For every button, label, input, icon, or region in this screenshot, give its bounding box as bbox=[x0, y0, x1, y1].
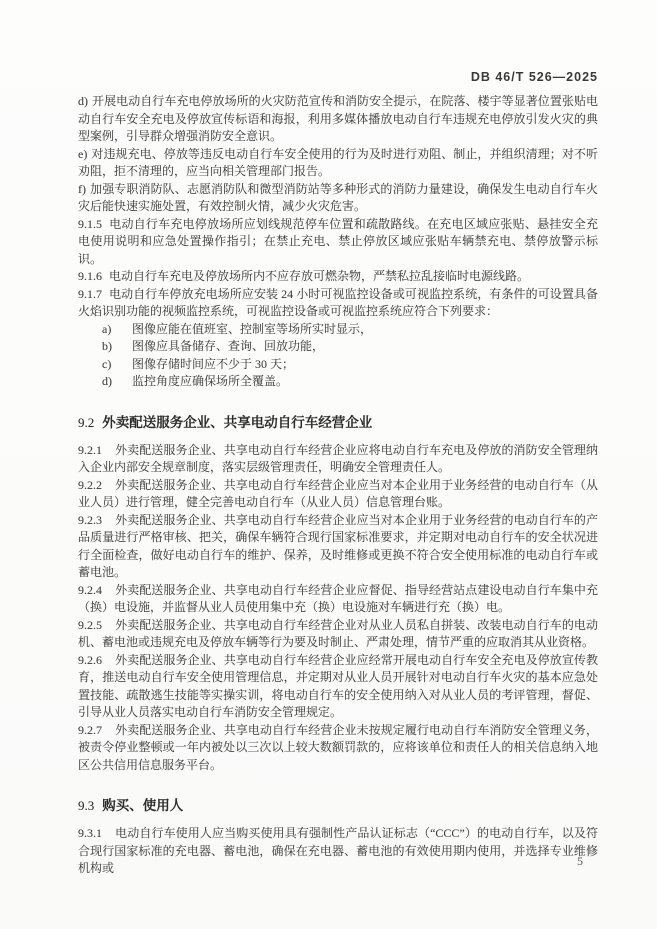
section-number: 9.3 bbox=[78, 798, 94, 813]
lettered-paragraph: e)对违规充电、停放等违反电动自行车安全使用的行为及时进行劝阻、制止，并组织清理… bbox=[78, 146, 598, 181]
clause-paragraph: 9.1.6电动自行车充电及停放场所内不应存放可燃杂物，严禁私拉乱接临时电源线路。 bbox=[78, 268, 598, 286]
list-item: a)图像应能在值班室、控制室等场所实时显示， bbox=[78, 321, 598, 339]
clause-text: 电动自行车充电停放场所应划线规范停车位置和疏散路线。在充电区域应张贴、悬挂安全充… bbox=[78, 217, 598, 266]
section-title: 购买、使用人 bbox=[102, 798, 183, 813]
section-heading-9-3: 9.3购买、使用人 bbox=[78, 796, 598, 816]
clause-number: 9.2.5 bbox=[78, 618, 102, 632]
clause-number: 9.1.7 bbox=[78, 287, 102, 301]
clause-paragraph: 9.2.1外卖配送服务企业、共享电动自行车经营企业应将电动自行车充电及停放的消防… bbox=[78, 442, 598, 477]
standard-number: DB 46/T 526—2025 bbox=[471, 70, 598, 84]
clause-text: 外卖配送服务企业、共享电动自行车经营企业应经常开展电动自行车安全充电及停放宣传教… bbox=[78, 653, 598, 720]
clause-number: 9.1.5 bbox=[78, 217, 102, 231]
list-item-text: 监控角度应确保场所全覆盖。 bbox=[132, 373, 288, 391]
lettered-paragraph: f)加强专职消防队、志愿消防队和微型消防站等多种形式的消防力量建设，确保发生电动… bbox=[78, 181, 598, 216]
document-body: d)开展电动自行车充电停放场所的火灾防范宣传和消防安全提示，在院落、楼宇等显著位… bbox=[78, 93, 598, 878]
document-page: DB 46/T 526—2025 d)开展电动自行车充电停放场所的火灾防范宣传和… bbox=[0, 0, 657, 929]
list-marker: d) bbox=[78, 94, 88, 108]
list-item: c)图像存储时间应不少于 30 天； bbox=[78, 356, 598, 374]
list-item-text: 图像应能在值班室、控制室等场所实时显示， bbox=[132, 321, 372, 339]
clause-paragraph: 9.2.2外卖配送服务企业、共享电动自行车经营企业应当对本企业用于业务经营的电动… bbox=[78, 477, 598, 512]
list-item: b)图像应具备储存、查询、回放功能， bbox=[78, 338, 598, 356]
section-number: 9.2 bbox=[78, 415, 94, 430]
list-marker: e) bbox=[78, 147, 87, 161]
clause-number: 9.3.1 bbox=[78, 826, 102, 840]
lettered-paragraph: d)开展电动自行车充电停放场所的火灾防范宣传和消防安全提示，在院落、楼宇等显著位… bbox=[78, 93, 598, 146]
clause-number: 9.2.7 bbox=[78, 723, 102, 737]
clause-number: 9.2.3 bbox=[78, 513, 102, 527]
list-marker: b) bbox=[102, 338, 132, 356]
clause-number: 9.1.6 bbox=[78, 269, 102, 283]
clause-text: 电动自行车充电及停放场所内不应存放可燃杂物，严禁私拉乱接临时电源线路。 bbox=[109, 269, 529, 283]
section-heading-9-2: 9.2外卖配送服务企业、共享电动自行车经营企业 bbox=[78, 413, 598, 433]
clause-paragraph: 9.2.6外卖配送服务企业、共享电动自行车经营企业应经常开展电动自行车安全充电及… bbox=[78, 652, 598, 722]
clause-text: 电动自行车停放充电场所应安装 24 小时可视监控设备或可视监控系统，有条件的可设… bbox=[78, 287, 598, 319]
clause-text: 外卖配送服务企业、共享电动自行车经营企业应督促、指导经营站点建设电动自行车集中充… bbox=[78, 583, 598, 615]
paragraph-text: 开展电动自行车充电停放场所的火灾防范宣传和消防安全提示，在院落、楼宇等显著位置张… bbox=[78, 94, 598, 143]
clause-paragraph: 9.2.5外卖配送服务企业、共享电动自行车经营企业对从业人员私自拼装、改装电动自… bbox=[78, 617, 598, 652]
clause-paragraph: 9.2.7外卖配送服务企业、共享电动自行车经营企业未按规定履行电动自行车消防安全… bbox=[78, 722, 598, 775]
clause-text: 外卖配送服务企业、共享电动自行车经营企业对从业人员私自拼装、改装电动自行车的电动… bbox=[78, 618, 598, 650]
list-marker: c) bbox=[102, 356, 132, 374]
list-item: d)监控角度应确保场所全覆盖。 bbox=[78, 373, 598, 391]
list-item-text: 图像存储时间应不少于 30 天； bbox=[132, 356, 294, 374]
clause-text: 外卖配送服务企业、共享电动自行车经营企业应将电动自行车充电及停放的消防安全管理纳… bbox=[78, 443, 598, 475]
clause-text: 外卖配送服务企业、共享电动自行车经营企业应当对本企业用于业务经营的电动自行车的产… bbox=[78, 513, 598, 580]
clause-paragraph: 9.1.7电动自行车停放充电场所应安装 24 小时可视监控设备或可视监控系统，有… bbox=[78, 286, 598, 321]
paragraph-text: 加强专职消防队、志愿消防队和微型消防站等多种形式的消防力量建设，确保发生电动自行… bbox=[78, 182, 598, 214]
paragraph-text: 对违规充电、停放等违反电动自行车安全使用的行为及时进行劝阻、制止，并组织清理；对… bbox=[78, 147, 598, 179]
list-marker: d) bbox=[102, 373, 132, 391]
running-header: DB 46/T 526—2025 bbox=[78, 70, 598, 84]
clause-number: 9.2.6 bbox=[78, 653, 102, 667]
clause-paragraph: 9.1.5电动自行车充电停放场所应划线规范停车位置和疏散路线。在充电区域应张贴、… bbox=[78, 216, 598, 269]
clause-text: 外卖配送服务企业、共享电动自行车经营企业应当对本企业用于业务经营的电动自行车（从… bbox=[78, 478, 598, 510]
section-title: 外卖配送服务企业、共享电动自行车经营企业 bbox=[102, 415, 372, 430]
list-marker: a) bbox=[102, 321, 132, 339]
clause-number: 9.2.1 bbox=[78, 443, 102, 457]
clause-paragraph: 9.3.1电动自行车使用人应当购买使用具有强制性产品认证标志（“CCC”）的电动… bbox=[78, 825, 598, 878]
list-marker: f) bbox=[78, 182, 86, 196]
clause-number: 9.2.4 bbox=[78, 583, 102, 597]
clause-text: 外卖配送服务企业、共享电动自行车经营企业未按规定履行电动自行车消防安全管理义务，… bbox=[78, 723, 598, 772]
requirement-list: a)图像应能在值班室、控制室等场所实时显示， b)图像应具备储存、查询、回放功能… bbox=[78, 321, 598, 391]
list-item-text: 图像应具备储存、查询、回放功能， bbox=[132, 338, 324, 356]
page-number: 5 bbox=[577, 854, 583, 869]
clause-paragraph: 9.2.3外卖配送服务企业、共享电动自行车经营企业应当对本企业用于业务经营的电动… bbox=[78, 512, 598, 582]
clause-paragraph: 9.2.4外卖配送服务企业、共享电动自行车经营企业应督促、指导经营站点建设电动自… bbox=[78, 582, 598, 617]
clause-text: 电动自行车使用人应当购买使用具有强制性产品认证标志（“CCC”）的电动自行车，以… bbox=[78, 826, 598, 875]
clause-number: 9.2.2 bbox=[78, 478, 102, 492]
